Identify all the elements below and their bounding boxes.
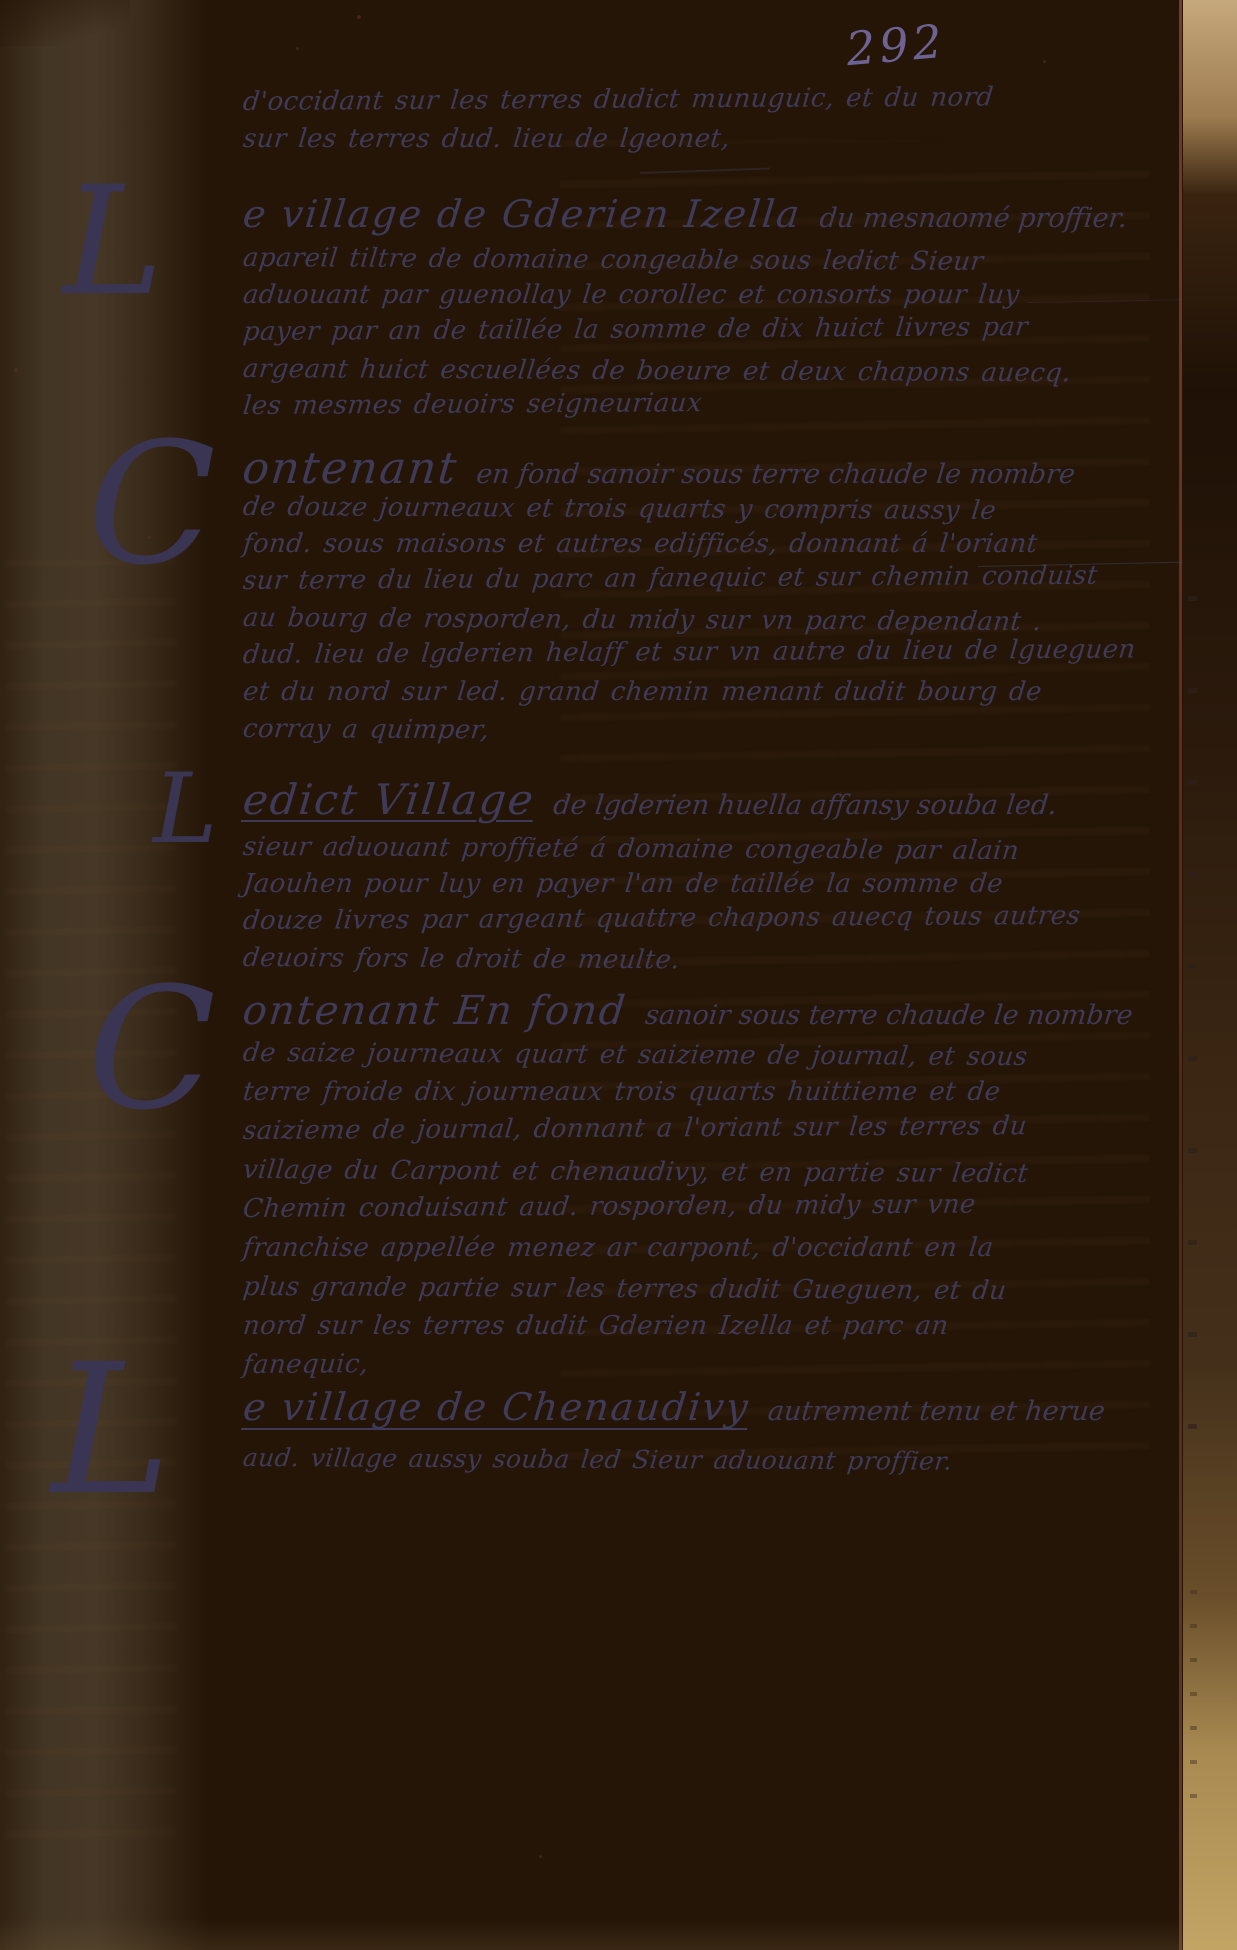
manuscript-line: sieur aduouant proffieté á domaine conge… [241,829,965,870]
red-margin-line [1179,0,1182,1950]
manuscript-line: d'occidant sur les terres dudict munugui… [241,80,955,121]
manuscript-line: saizieme de journal, donnant a l'oriant … [241,1108,965,1151]
drop-initial: L [63,182,163,302]
manuscript-line: deuoirs fors le droit de meulte. [241,940,965,981]
manuscript-line: et du nord sur led. grand chemin menant … [241,674,965,711]
lead-words: e village de Chenaudivy [241,1385,752,1429]
paragraph-ledict-village: L edict Village de lgderien huella affan… [243,775,963,977]
manuscript-line: fond. sous maisons et autres edifficés, … [241,526,965,563]
lead-words: ontenant En fond [241,988,630,1034]
lead-words: e village de Gderien Izella [241,192,804,236]
manuscript-line: ontenant En fond sanoir sous terre chaud… [241,988,966,1034]
page-number: 292 [844,14,948,76]
manuscript-line: dud. lieu de lgderien helaff et sur vn a… [241,633,965,674]
manuscript-line: aud. village aussy souba led Sieur aduou… [241,1437,965,1483]
paragraph-contenant-1: C ontenant en fond sanoir sous terre cha… [243,443,963,748]
manuscript-line: Jaouhen pour luy en payer l'an de taillé… [241,866,965,903]
manuscript-line: e village de Chenaudivy autrement tenu e… [240,1385,965,1437]
manuscript-line: sur les terres dud. lieu de lgeonet, [241,121,955,158]
manuscript-line: franchise appellée menez ar carpont, d'o… [241,1229,965,1268]
corner-shadow [0,0,130,46]
manuscript-line: douze livres par argeant quattre chapons… [241,899,965,940]
manuscript-line: fanequic, [241,1342,965,1385]
lead-rest: de lgderien huella affansy souba led. [552,790,1059,821]
manuscript-line: e village de Gderien Izella du mesnaomé … [240,192,965,240]
opening-block: d'occidant sur les terres dudict munugui… [243,84,953,158]
ink-speck [296,47,299,50]
manuscript-line: payer par an de taillée la somme de dix … [241,310,965,351]
drop-initial: L [153,771,217,848]
lead-rest: en fond sanoir sous terre chaude le nomb… [475,459,1077,490]
ink-speck [14,368,18,372]
manuscript-line: Chemin conduisant aud. rosporden, du mid… [241,1186,965,1229]
ink-speck [539,1855,542,1858]
manuscript-line: sur terre du lieu du parc an fanequic et… [241,559,965,600]
next-page-text-fragments [1190,1560,1197,1820]
manuscript-line: corray a quimper, [241,711,965,752]
ink-speck [1043,60,1046,63]
manuscript-line: terre froide dix journeaux trois quarts … [241,1073,965,1112]
lead-words: edict Village [241,775,538,824]
manuscript-line: edict Village de lgderien huella affansy… [240,775,966,829]
lead-rest: sanoir sous terre chaude le nombre [644,1000,1135,1031]
manuscript-line: apareil tiltre de domaine congeable sous… [241,240,965,281]
drop-initial: L [51,1359,171,1503]
manuscript-photo: 292 d'occidant sur les terres dudict mun… [0,0,1237,1950]
drop-initial: C [87,982,216,1116]
bottom-edge-shadow [0,1918,1192,1950]
paragraph-village-chenaudivy: L e village de Chenaudivy autrement tenu… [243,1385,963,1479]
manuscript-line: de douze journeaux et trois quarts y com… [241,489,965,530]
ink-speck [148,536,151,539]
manuscript-line: nord sur les terres dudit Gderien Izella… [241,1307,965,1346]
drop-initial: C [87,437,216,571]
lead-rest: autrement tenu et herue [766,1396,1106,1427]
paragraph-village-gderien-izella: L e village de Gderien Izella du mesnaom… [243,192,963,425]
paragraph-contenant-2: C ontenant En fond sanoir sous terre cha… [243,988,963,1385]
manuscript-line: aduouant par guenollay le corollec et co… [241,277,965,314]
manuscript-line: ontenant en fond sanoir sous terre chaud… [241,443,966,489]
lead-rest: du mesnaomé proffier. [818,203,1129,234]
manuscript-line: plus grande partie sur les terres dudit … [241,1268,965,1311]
ink-speck [357,15,361,19]
manuscript-line: de saize journeaux quart et saizieme de … [241,1034,965,1077]
manuscript-line: les mesmes deuoirs seigneuriaux [241,384,965,425]
next-page-text-fragments [1188,540,1197,1500]
lead-words: ontenant [240,443,461,494]
